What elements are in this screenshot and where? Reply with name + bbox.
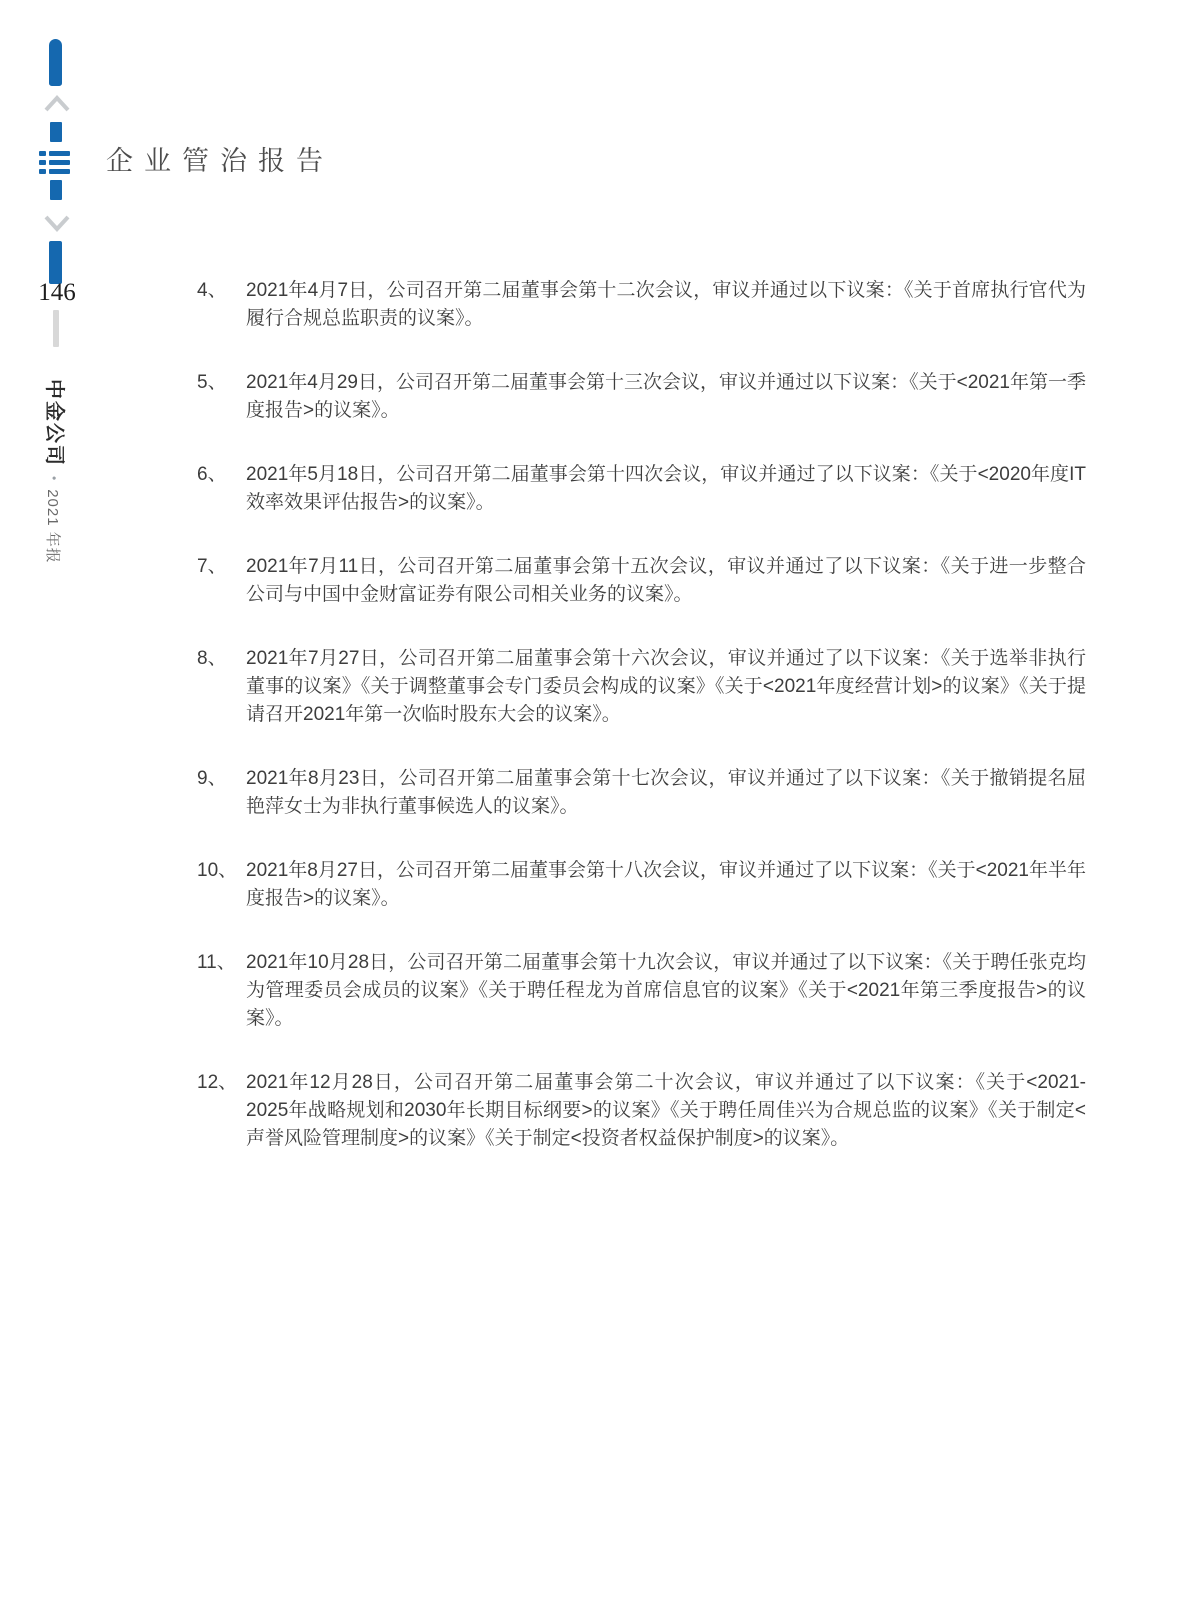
resolution-list: 4、 2021年4月7日，公司召开第二届董事会第十二次会议，审议并通过以下议案：… xyxy=(197,277,1086,1189)
sidebar-square-top xyxy=(50,122,62,142)
list-icon-row xyxy=(39,151,70,156)
list-item-number: 11、 xyxy=(197,949,246,1033)
list-item-number: 5、 xyxy=(197,369,246,425)
list-item: 12、 2021年12月28日，公司召开第二届董事会第二十次会议，审议并通过了以… xyxy=(197,1069,1086,1153)
list-item-number: 8、 xyxy=(197,645,246,729)
spine-text: 中金公司•2021 年报 xyxy=(42,379,64,564)
list-item: 6、 2021年5月18日，公司召开第二届董事会第十四次会议，审议并通过了以下议… xyxy=(197,461,1086,517)
list-item-number: 10、 xyxy=(197,857,246,913)
spine-edition: 2021 年报 xyxy=(44,489,61,564)
sidebar-square-bottom xyxy=(50,180,62,200)
list-item-text: 2021年5月18日，公司召开第二届董事会第十四次会议，审议并通过了以下议案：《… xyxy=(246,461,1086,517)
list-item: 10、 2021年8月27日，公司召开第二届董事会第十八次会议，审议并通过了以下… xyxy=(197,857,1086,913)
resolution-items: 4、 2021年4月7日，公司召开第二届董事会第十二次会议，审议并通过以下议案：… xyxy=(197,277,1086,1153)
list-icon-row xyxy=(39,160,70,165)
list-item-text: 2021年12月28日，公司召开第二届董事会第二十次会议，审议并通过了以下议案：… xyxy=(246,1069,1086,1153)
list-item-number: 9、 xyxy=(197,765,246,821)
chevron-down-icon xyxy=(44,215,70,237)
report-page: 146 中金公司•2021 年报 企业管治报告 4、 2021年4月7日，公司召… xyxy=(0,0,1190,1615)
list-icon xyxy=(39,151,70,178)
list-item-text: 2021年8月27日，公司召开第二届董事会第十八次会议，审议并通过了以下议案：《… xyxy=(246,857,1086,913)
chevron-up-icon xyxy=(44,95,70,117)
spine-company: 中金公司 xyxy=(43,379,65,467)
list-item: 8、 2021年7月27日，公司召开第二届董事会第十六次会议，审议并通过了以下议… xyxy=(197,645,1086,729)
list-item-number: 12、 xyxy=(197,1069,246,1153)
list-icon-row xyxy=(39,169,70,174)
list-item: 9、 2021年8月23日，公司召开第二届董事会第十七次会议，审议并通过了以下议… xyxy=(197,765,1086,821)
list-item-text: 2021年7月27日，公司召开第二届董事会第十六次会议，审议并通过了以下议案：《… xyxy=(246,645,1086,729)
spine-separator-dot: • xyxy=(47,476,61,480)
list-item-text: 2021年4月29日，公司召开第二届董事会第十三次会议，审议并通过以下议案：《关… xyxy=(246,369,1086,425)
list-item-text: 2021年8月23日，公司召开第二届董事会第十七次会议，审议并通过了以下议案：《… xyxy=(246,765,1086,821)
list-item-text: 2021年4月7日，公司召开第二届董事会第十二次会议，审议并通过以下议案：《关于… xyxy=(246,277,1086,333)
page-title: 企业管治报告 xyxy=(106,139,334,178)
list-item-text: 2021年7月11日，公司召开第二届董事会第十五次会议，审议并通过了以下议案：《… xyxy=(246,553,1086,609)
list-item-text: 2021年10月28日，公司召开第二届董事会第十九次会议，审议并通过了以下议案：… xyxy=(246,949,1086,1033)
sidebar-divider-bar xyxy=(53,310,59,347)
list-item: 5、 2021年4月29日，公司召开第二届董事会第十三次会议，审议并通过以下议案… xyxy=(197,369,1086,425)
list-item-number: 7、 xyxy=(197,553,246,609)
list-item: 7、 2021年7月11日，公司召开第二届董事会第十五次会议，审议并通过了以下议… xyxy=(197,553,1086,609)
sidebar-page-bar xyxy=(49,241,62,284)
sidebar-top-bar xyxy=(49,39,62,86)
list-item-number: 6、 xyxy=(197,461,246,517)
list-item: 4、 2021年4月7日，公司召开第二届董事会第十二次会议，审议并通过以下议案：… xyxy=(197,277,1086,333)
list-item: 11、 2021年10月28日，公司召开第二届董事会第十九次会议，审议并通过了以… xyxy=(197,949,1086,1033)
page-number: 146 xyxy=(34,279,80,307)
list-item-number: 4、 xyxy=(197,277,246,333)
